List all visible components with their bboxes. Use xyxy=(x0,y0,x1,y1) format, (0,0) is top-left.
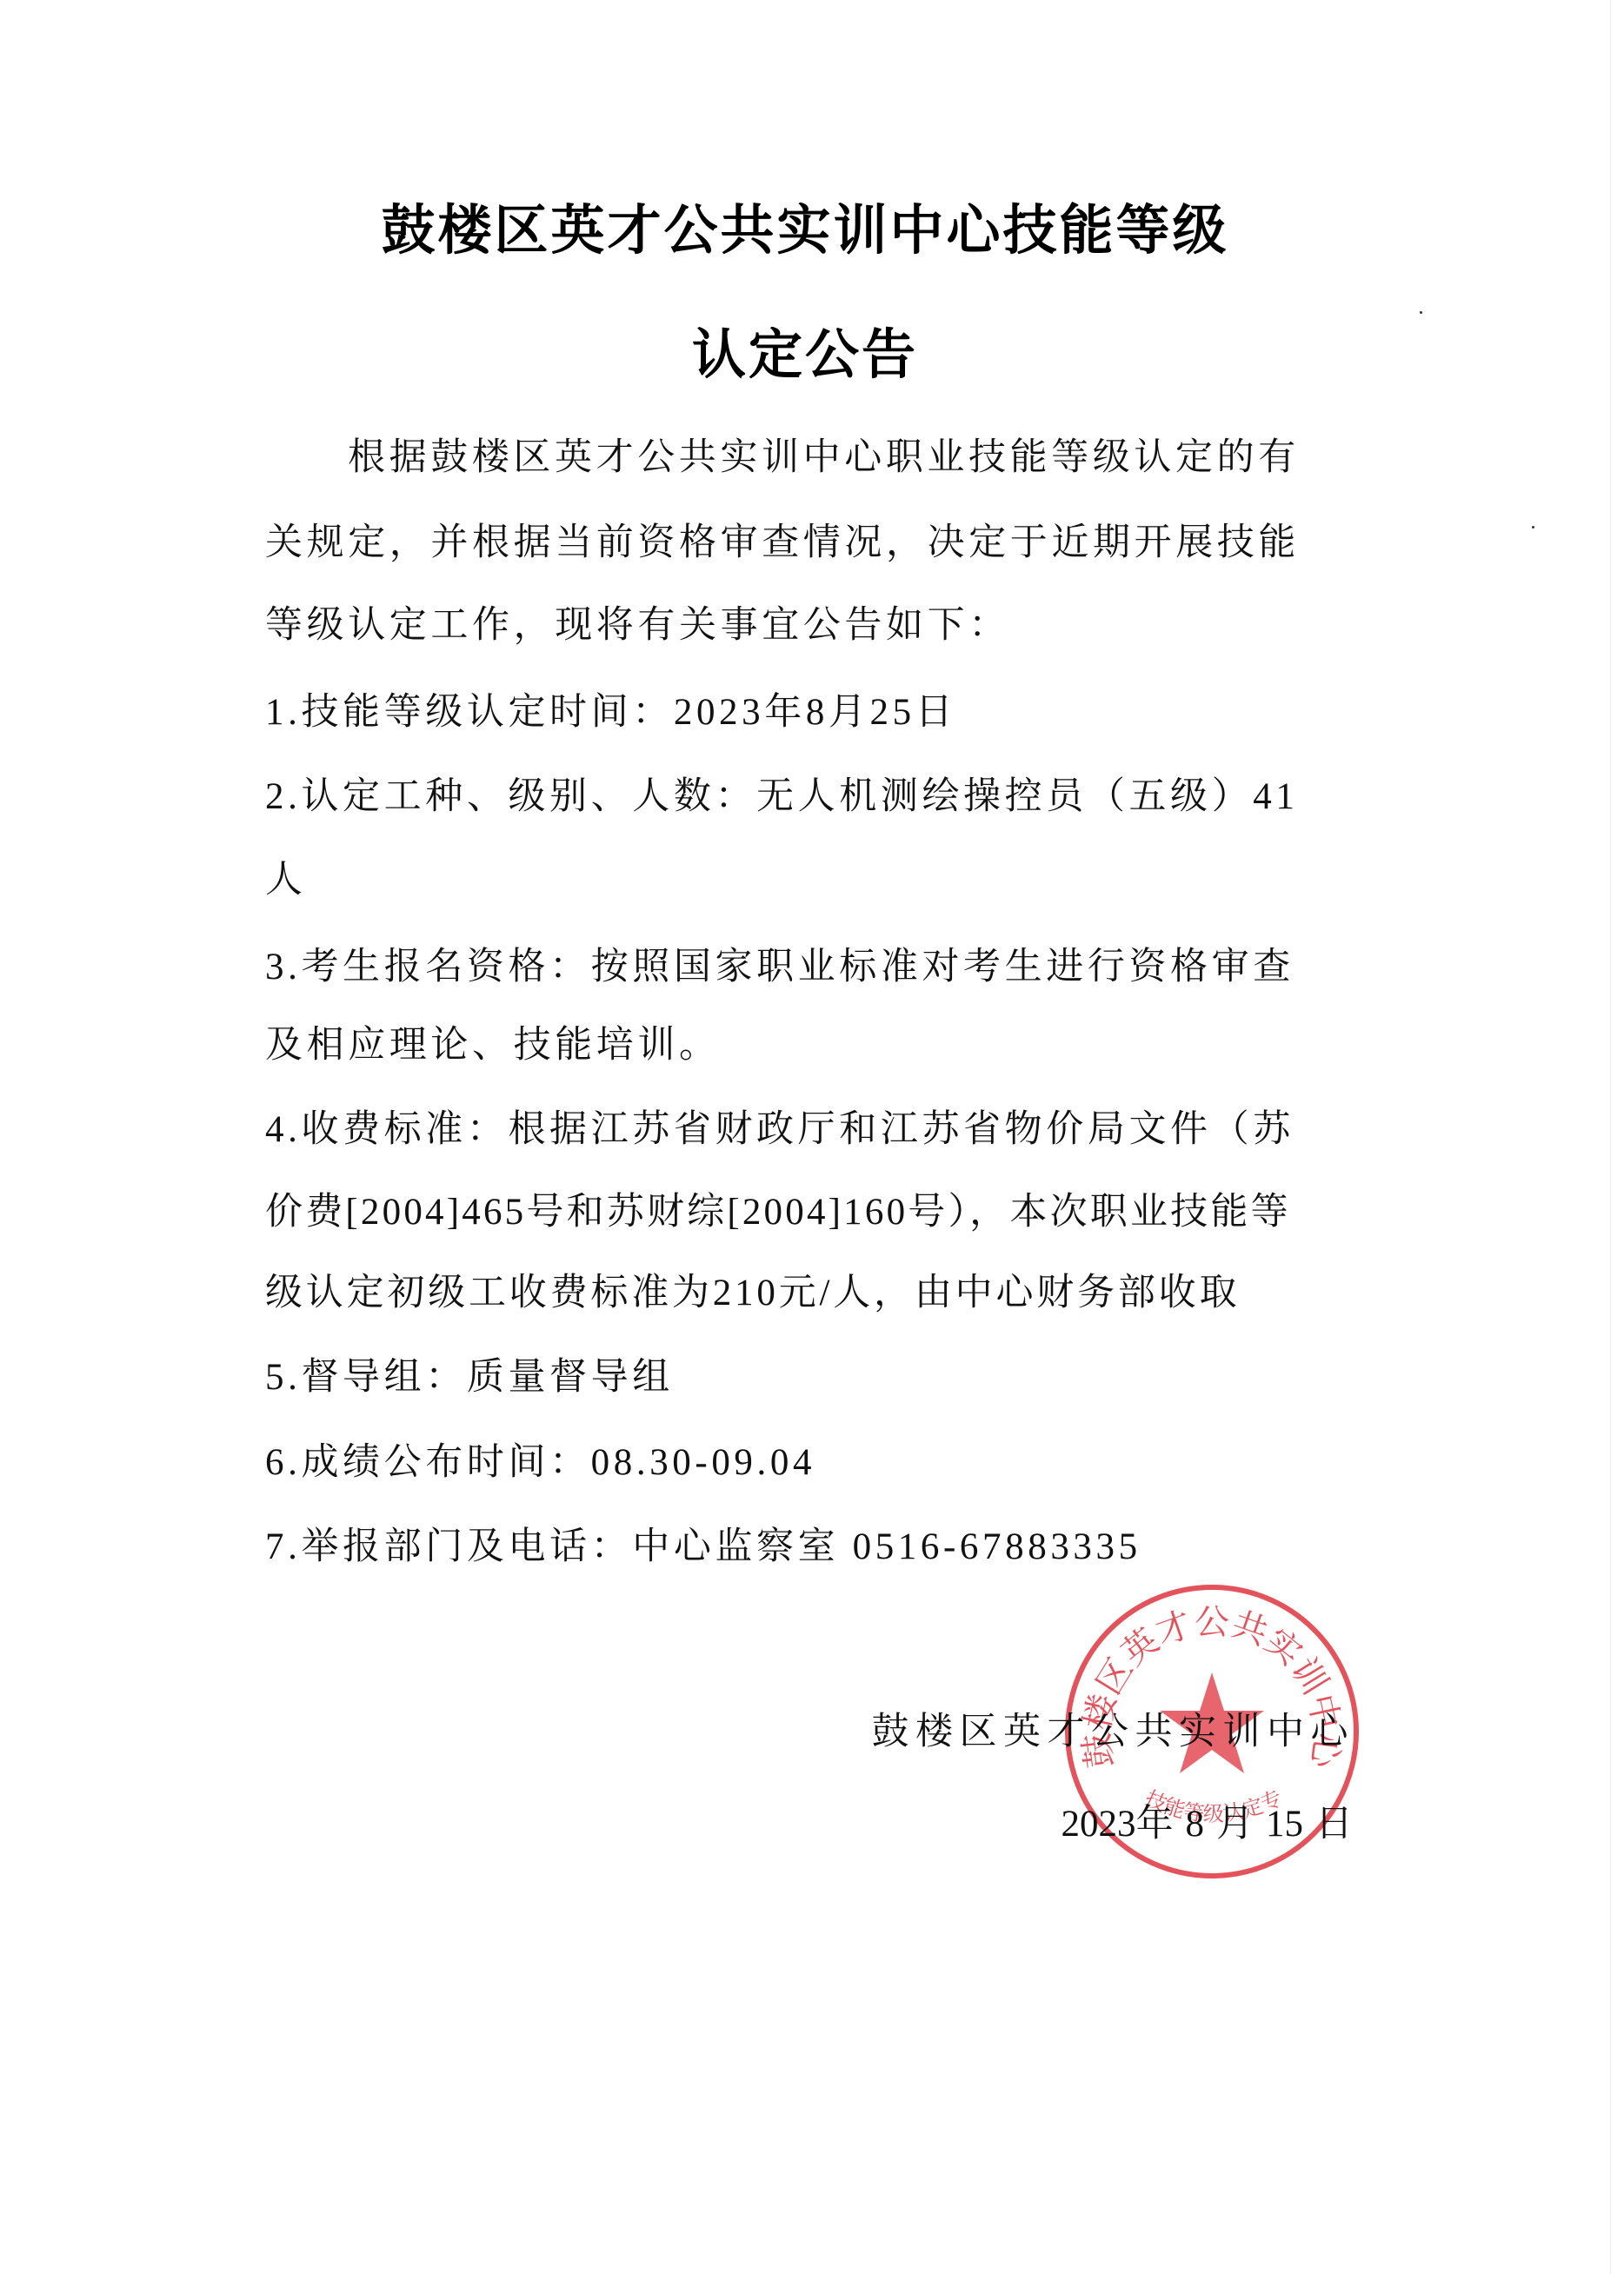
scan-speck xyxy=(1532,526,1534,529)
document-title: 鼓楼区英才公共实训中心技能等级 xyxy=(0,196,1617,265)
item-text: 举报部门及电话：中心监察室 0516-67883335 xyxy=(301,1526,1141,1567)
item-4-continued-2: 级认定初级工收费标准为210元/人，由中心财务部收取 xyxy=(265,1252,1361,1335)
item-1: 1.技能等级认定时间：2023年8月25日 xyxy=(265,671,1361,755)
item-text: 考生报名资格：按照国家职业标准对考生进行资格审查 xyxy=(301,947,1294,987)
signature-organization: 鼓楼区英才公共实训中心 xyxy=(872,1706,1355,1759)
item-number: 7. xyxy=(265,1526,301,1567)
date-day: 15 xyxy=(1266,1804,1303,1845)
date-year: 2023 xyxy=(1062,1804,1136,1845)
item-7: 7.举报部门及电话：中心监察室 0516-67883335 xyxy=(265,1506,1361,1589)
item-2-continued: 人 xyxy=(265,839,1361,922)
scan-speck xyxy=(1420,311,1422,314)
item-3-continued: 及相应理论、技能培训。 xyxy=(265,1004,1361,1087)
item-5: 5.督导组：质量督导组 xyxy=(265,1336,1361,1420)
date-month: 8 xyxy=(1186,1804,1205,1845)
intro-line-1: 根据鼓楼区英才公共实训中心职业技能等级认定的有 xyxy=(265,416,1361,500)
item-number: 5. xyxy=(265,1357,301,1398)
date-day-unit: 日 xyxy=(1315,1804,1353,1845)
date-month-unit: 月 xyxy=(1216,1804,1254,1845)
intro-line-3: 等级认定工作，现将有关事宜公告如下： xyxy=(265,584,1361,668)
item-4: 4.收费标准：根据江苏省财政厅和江苏省物价局文件（苏 xyxy=(265,1088,1361,1172)
item-3: 3.考生报名资格：按照国家职业标准对考生进行资格审查 xyxy=(265,926,1361,1009)
item-number: 4. xyxy=(265,1109,301,1150)
document-subtitle: 认定公告 xyxy=(0,320,1617,389)
item-text: 督导组：质量督导组 xyxy=(301,1357,673,1398)
item-2: 2.认定工种、级别、人数：无人机测绘操控员（五级）41 xyxy=(265,755,1361,839)
signature-date: 2023年8月15日 xyxy=(1062,1799,1354,1851)
item-4-continued-1: 价费[2004]465号和苏财综[2004]160号），本次职业技能等 xyxy=(265,1171,1361,1254)
date-year-unit: 年 xyxy=(1136,1804,1174,1845)
item-text: 成绩公布时间：08.30-09.04 xyxy=(301,1442,815,1483)
item-text: 技能等级认定时间：2023年8月25日 xyxy=(301,692,956,733)
document-page: 鼓楼区英才公共实训中心技能等级 认定公告 根据鼓楼区英才公共实训中心职业技能等级… xyxy=(0,0,1624,2274)
intro-line-2: 关规定，并根据当前资格审查情况，决定于近期开展技能 xyxy=(265,502,1361,585)
item-text: 认定工种、级别、人数：无人机测绘操控员（五级）41 xyxy=(301,776,1298,817)
item-text: 收费标准：根据江苏省财政厅和江苏省物价局文件（苏 xyxy=(301,1109,1294,1150)
item-6: 6.成绩公布时间：08.30-09.04 xyxy=(265,1421,1361,1505)
item-number: 6. xyxy=(265,1442,301,1483)
item-number: 3. xyxy=(265,947,301,987)
item-number: 2. xyxy=(265,776,301,817)
item-number: 1. xyxy=(265,692,301,733)
